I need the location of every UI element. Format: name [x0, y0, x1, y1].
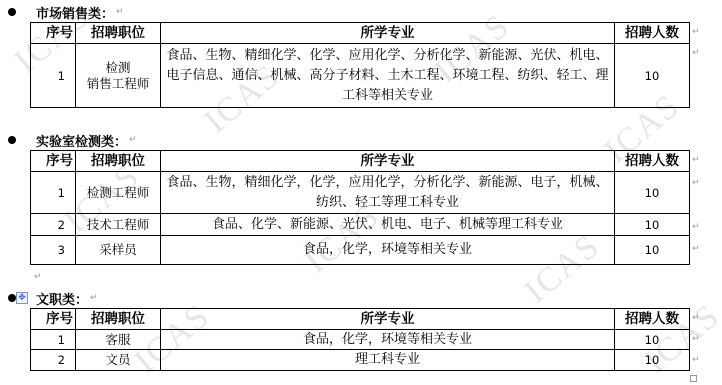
cell-no: 1: [31, 172, 76, 214]
table-header-row: 序号 招聘职位 所学专业 招聘人数: [31, 23, 690, 44]
cell-no: 3: [31, 236, 76, 265]
header-no: 序号: [31, 309, 76, 330]
cell-position: 客服: [76, 330, 161, 350]
cell-major: 食品，化学，环境等相关专业: [161, 236, 615, 265]
cell-count: 10: [615, 214, 690, 236]
table-row: 3 采样员 食品，化学，环境等相关专业 10: [31, 236, 690, 265]
cell-position: 技术工程师: [76, 214, 161, 236]
cell-position: 检测工程师: [76, 172, 161, 214]
section-title-clerical: 文职类： ↵: [8, 288, 98, 308]
header-no: 序号: [31, 151, 76, 172]
paragraph-mark-icon: ↵: [692, 355, 700, 365]
paragraph-mark-icon: ↵: [129, 135, 137, 145]
paragraph-mark-icon: ↵: [116, 7, 124, 17]
header-position: 招聘职位: [76, 23, 161, 44]
cell-position: 检测销售工程师: [76, 44, 161, 108]
cell-count: 10: [615, 172, 690, 214]
sales-table: 序号 招聘职位 所学专业 招聘人数 1 检测销售工程师 食品、生物、精细化学、化…: [30, 22, 690, 108]
bullet-icon: [8, 294, 16, 302]
table-header-row: 序号 招聘职位 所学专业 招聘人数: [31, 309, 690, 330]
section-title-sales: 市场销售类： ↵: [8, 2, 124, 22]
paragraph-mark-icon: ↵: [692, 244, 700, 254]
header-count: 招聘人数: [615, 151, 690, 172]
paragraph-mark-icon: ↵: [692, 155, 700, 165]
cell-no: 1: [31, 44, 76, 108]
cell-no: 2: [31, 350, 76, 371]
cell-count: 10: [615, 236, 690, 265]
header-position: 招聘职位: [76, 151, 161, 172]
header-major: 所学专业: [161, 23, 615, 44]
paragraph-mark-icon: ↵: [90, 293, 98, 303]
table-row: 2 文员 理工科专业 10: [31, 350, 690, 371]
cell-no: 2: [31, 214, 76, 236]
header-no: 序号: [31, 23, 76, 44]
paragraph-mark-icon: ↵: [692, 313, 700, 323]
cell-major: 食品、生物、精细化学、化学、应用化学、分析化学、新能源、光伏、机电、电子信息、通…: [161, 44, 615, 108]
table-row: 1 检测销售工程师 食品、生物、精细化学、化学、应用化学、分析化学、新能源、光伏…: [31, 44, 690, 108]
cell-count: 10: [615, 44, 690, 108]
clerical-table: 序号 招聘职位 所学专业 招聘人数 1 客服 食品，化学，环境等相关专业 10 …: [30, 308, 690, 371]
cell-major: 食品、化学、新能源、光伏、机电、电子、机械等理工科专业: [161, 214, 615, 236]
paragraph-mark-icon: ↵: [692, 27, 700, 37]
cell-count: 10: [615, 350, 690, 371]
bullet-icon: [8, 136, 16, 144]
table-header-row: 序号 招聘职位 所学专业 招聘人数: [31, 151, 690, 172]
cell-position: 采样员: [76, 236, 161, 265]
header-position: 招聘职位: [76, 309, 161, 330]
lab-table: 序号 招聘职位 所学专业 招聘人数 1 检测工程师 食品、生物，精细化学，化学，…: [30, 150, 690, 265]
cell-major: 理工科专业: [161, 350, 615, 371]
cell-position: 文员: [76, 350, 161, 371]
cell-major: 食品、生物，精细化学，化学，应用化学，分析化学、新能源、电子，机械、纺织、轻工等…: [161, 172, 615, 214]
cell-count: 10: [615, 330, 690, 350]
bullet-icon: [8, 8, 16, 16]
header-count: 招聘人数: [615, 23, 690, 44]
table-row: 2 技术工程师 食品、化学、新能源、光伏、机电、电子、机械等理工科专业 10: [31, 214, 690, 236]
paragraph-mark-icon: ↵: [692, 48, 700, 58]
paragraph-mark-icon: ↵: [692, 222, 700, 232]
cell-no: 1: [31, 330, 76, 350]
table-row: 1 检测工程师 食品、生物，精细化学，化学，应用化学，分析化学、新能源、电子，机…: [31, 172, 690, 214]
section-title-lab: 实验室检测类： ↵: [8, 130, 137, 150]
paragraph-mark-icon: ↵: [34, 272, 42, 282]
paragraph-mark-icon: ↵: [692, 334, 700, 344]
table-row: 1 客服 食品，化学，环境等相关专业 10: [31, 330, 690, 350]
header-count: 招聘人数: [615, 309, 690, 330]
table-resize-handle[interactable]: [690, 375, 697, 382]
header-major: 所学专业: [161, 151, 615, 172]
cell-major: 食品，化学，环境等相关专业: [161, 330, 615, 350]
paragraph-mark-icon: ↵: [692, 178, 700, 188]
header-major: 所学专业: [161, 309, 615, 330]
